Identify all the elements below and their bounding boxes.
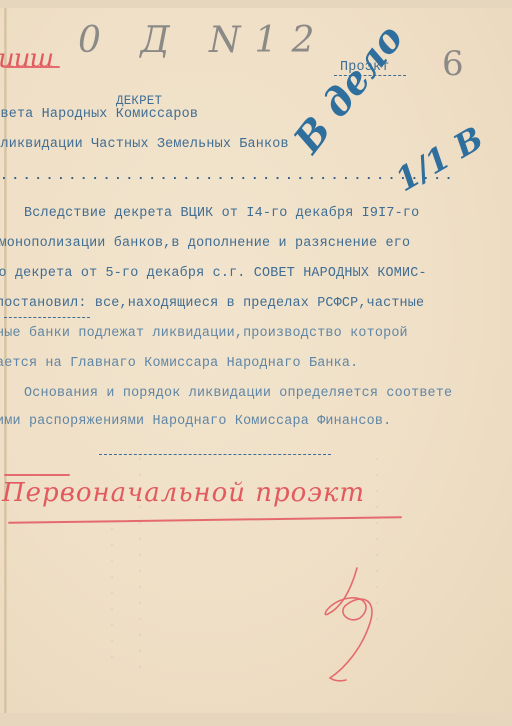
body-line-7: Основания и порядок ликвидации определяе… xyxy=(24,387,452,400)
body-underline xyxy=(4,317,90,318)
closing-dashed-line xyxy=(99,454,331,455)
body-line-4: постановил: все,находящиеся в пределах Р… xyxy=(0,297,424,310)
red-underline xyxy=(4,66,60,68)
red-annotation-underline xyxy=(8,516,402,524)
red-annotation-initial-draft: Первоначальной проэкт xyxy=(2,478,365,508)
document-page: ииш 0 Д N12 Проэкт 6 ДЕКРЕТ Совета Народ… xyxy=(0,8,512,713)
pencil-document-number: 0 Д N12 xyxy=(78,20,328,61)
pencil-page-number: 6 xyxy=(442,44,464,84)
body-line-2: о монополизации банков,в дополнение и ра… xyxy=(0,237,410,250)
body-line-6: ается на Главнаго Комиссара Народнаго Ба… xyxy=(0,357,358,370)
body-line-5: ные банки подлежат ликвидации,производст… xyxy=(0,327,408,340)
blue-annotation-date-initial: 1/1 В xyxy=(389,119,490,199)
red-overline xyxy=(4,474,70,476)
body-line-8: ими распоряжениями Народнаго Комиссара Ф… xyxy=(0,415,391,428)
dotted-separator: ........................................ xyxy=(0,168,456,183)
body-line-1: Вследствие декрета ВЦИК от I4-го декабря… xyxy=(24,207,419,220)
decree-title: ДЕКРЕТ xyxy=(116,95,162,108)
body-line-3: его декрета от 5-го декабря с.г. СОВЕТ Н… xyxy=(0,267,427,280)
decree-subtitle-topic: О ликвидации Частных Земельных Банков xyxy=(0,138,289,151)
red-handwritten-fragment: ииш xyxy=(0,44,53,74)
decree-subtitle-issuer: Совета Народных Комиссаров xyxy=(0,108,198,121)
